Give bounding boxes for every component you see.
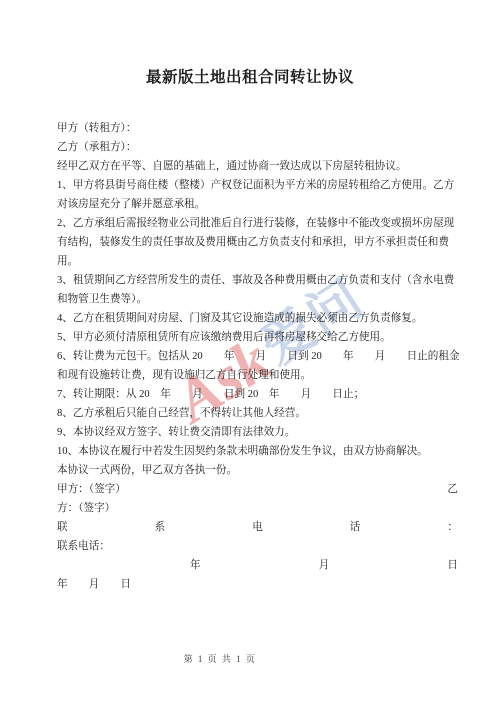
body-text: 甲方（转租方）： 乙方（承租方）： 经甲乙双方在平等、自愿的基础上，通过协商一致… bbox=[57, 119, 458, 594]
contact-phone-justified-row: 联 系 电 话 ： bbox=[57, 518, 458, 537]
text-line-clause3a: 3、租赁期间乙方经营所发生的责任、事故及各种费用概由乙方负责和支付（含水电费 bbox=[57, 271, 458, 290]
text-line-clause6b: 和现有设施转让费，现有设施归乙方自行处理和使用。 bbox=[57, 366, 458, 385]
page-title: 最新版土地出租合同转让协议 bbox=[0, 65, 500, 87]
date-day-label: 日 bbox=[447, 556, 458, 575]
document-page: Ask 爱问 最新版土地出租合同转让协议 甲方（转租方）： 乙方（承租方）： 经… bbox=[0, 0, 500, 706]
party-b-signature-label: 方：（签字） bbox=[57, 499, 458, 518]
text-line-party-b: 乙方（承租方）： bbox=[57, 138, 458, 157]
page-number-footer: 第 1 页 共 1 页 bbox=[0, 652, 440, 665]
text-line-clause2a: 2、乙方承组后需报经物业公司批准后自行进行装修，在装修中不能改变或损坏房屋现 bbox=[57, 214, 458, 233]
text-line-clause10: 10、本协议在履行中若发生因契约条款未明确部份发生争议，由双方协商解决。 bbox=[57, 442, 458, 461]
text-line-clause6a: 6、转让费为元包干。包括从 20 年 月 日到 20 年 月 日止的租金 bbox=[57, 347, 458, 366]
contact-char-3: 电 bbox=[252, 518, 263, 537]
text-line-party-a: 甲方（转租方）： bbox=[57, 119, 458, 138]
text-line-clause3b: 和物管卫生费等）。 bbox=[57, 290, 458, 309]
signature-row: 甲方：（签字） 乙 bbox=[57, 480, 458, 499]
party-a-signature-label: 甲方：（签字） bbox=[57, 480, 126, 499]
text-line-clause9: 9、本协议经双方签字、转让费交清即有法律效力。 bbox=[57, 423, 458, 442]
text-line-clause2c: 用。 bbox=[57, 252, 458, 271]
contact-char-2: 系 bbox=[155, 518, 166, 537]
date-row-spread: 年 月 日 bbox=[57, 556, 458, 575]
contact-char-4: 话 bbox=[350, 518, 361, 537]
date-year-label: 年 bbox=[190, 556, 201, 575]
text-line-clause1b: 对该房屋充分了解并愿意承租。 bbox=[57, 195, 458, 214]
text-line-clause7: 7、转让期限：从 20 年 月 日到 20 年 月 日止； bbox=[57, 385, 458, 404]
text-line-clause8: 8、乙方承租后只能自己经营，不得转让其他人经营。 bbox=[57, 404, 458, 423]
text-line-preamble: 经甲乙双方在平等、自愿的基础上，通过协商一致达成以下房屋转租协议。 bbox=[57, 157, 458, 176]
text-line-clause1a: 1、甲方将县街号商住楼（整楼）产权登记面积为平方米的房屋转租给乙方使用。乙方 bbox=[57, 176, 458, 195]
text-line-clause2b: 有结构，装修发生的责任事故及费用概由乙方负责支付和承担，甲方不承担责任和费 bbox=[57, 233, 458, 252]
contact-char-5: ： bbox=[447, 518, 458, 537]
text-line-copies: 本协议一式两份，甲乙双方各执一份。 bbox=[57, 461, 458, 480]
date-row-compact: 年 月 日 bbox=[57, 575, 458, 594]
party-b-wrap-char: 乙 bbox=[447, 480, 458, 499]
date-month-label: 月 bbox=[319, 556, 330, 575]
text-line-clause5: 5、甲方必须付清原租赁所有应该缴纳费用后再将房屋移交给乙方使用。 bbox=[57, 328, 458, 347]
contact-char-1: 联 bbox=[57, 518, 68, 537]
contact-phone-label: 联系电话： bbox=[57, 537, 458, 556]
text-line-clause4: 4、乙方在租赁期间对房屋、门窗及其它设施造成的损失必须由乙方负责修复。 bbox=[57, 309, 458, 328]
